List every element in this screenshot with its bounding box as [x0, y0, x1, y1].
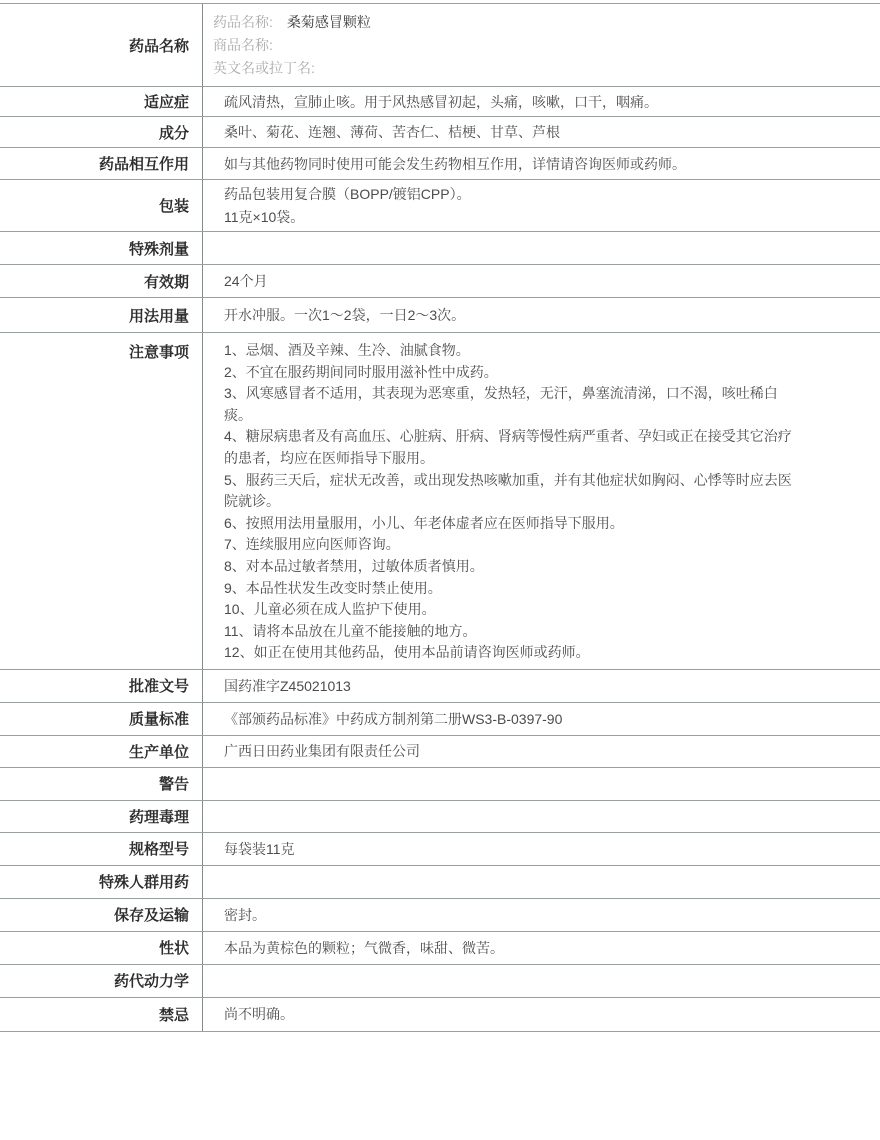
row-value-specification: 每袋装11克	[203, 833, 880, 865]
precaution-item: 2、不宜在服药期间同时服用滋补性中成药。	[224, 362, 800, 384]
row-label-dosage-administration: 用法用量	[0, 298, 203, 332]
precaution-item: 6、按照用法用量服用，小儿、年老体虚者应在医师指导下服用。	[224, 513, 800, 535]
row-label-special-dosage: 特殊剂量	[0, 232, 203, 264]
precaution-item: 10、儿童必须在成人监护下使用。	[224, 599, 800, 621]
row-label-shelf-life: 有效期	[0, 265, 203, 297]
precaution-item: 8、对本品过敏者禁用，过敏体质者慎用。	[224, 556, 800, 578]
row-label-storage-transport: 保存及运输	[0, 899, 203, 931]
row-specification: 规格型号 每袋装11克	[0, 833, 880, 866]
row-label-special-populations: 特殊人群用药	[0, 866, 203, 898]
row-value-special-dosage	[203, 232, 880, 264]
row-precautions: 注意事项 1、忌烟、酒及辛辣、生冷、油腻食物。 2、不宜在服药期间同时服用滋补性…	[0, 333, 880, 670]
trade-name-label: 商品名称:	[213, 37, 273, 53]
drug-info-page: 药品名称 药品名称:桑菊感冒颗粒 商品名称: 英文名或拉丁名: 适应症 疏风清热…	[0, 0, 880, 1140]
row-drug-name: 药品名称 药品名称:桑菊感冒颗粒 商品名称: 英文名或拉丁名:	[0, 4, 880, 87]
row-dosage-administration: 用法用量 开水冲服。一次1～2袋，一日2～3次。	[0, 298, 880, 333]
row-quality-standard: 质量标准 《部颁药品标准》中药成方制剂第二册WS3-B-0397-90	[0, 703, 880, 736]
row-warnings: 警告	[0, 768, 880, 801]
row-ingredients: 成分 桑叶、菊花、连翘、薄荷、苦杏仁、桔梗、甘草、芦根	[0, 117, 880, 148]
row-value-special-populations	[203, 866, 880, 898]
packaging-line-1: 药品包装用复合膜（BOPP/镀铝CPP）。	[224, 183, 800, 206]
precaution-item: 11、请将本品放在儿童不能接触的地方。	[224, 621, 800, 643]
row-drug-interactions: 药品相互作用 如与其他药物同时使用可能会发生药物相互作用，详情请咨询医师或药师。	[0, 148, 880, 180]
precaution-item: 9、本品性状发生改变时禁止使用。	[224, 578, 800, 600]
row-value-precautions: 1、忌烟、酒及辛辣、生冷、油腻食物。 2、不宜在服药期间同时服用滋补性中成药。 …	[203, 333, 880, 669]
precaution-item: 12、如正在使用其他药品，使用本品前请咨询医师或药师。	[224, 642, 800, 664]
row-value-packaging: 药品包装用复合膜（BOPP/镀铝CPP）。 11克×10袋。	[203, 180, 880, 231]
precaution-item: 3、风寒感冒者不适用，其表现为恶寒重，发热轻，无汗，鼻塞流清涕，口不渴，咳吐稀白…	[224, 383, 800, 426]
row-value-pharmacology-toxicology	[203, 801, 880, 832]
row-value-dosage-administration: 开水冲服。一次1～2袋，一日2～3次。	[203, 298, 880, 332]
row-label-ingredients: 成分	[0, 117, 203, 147]
row-value-ingredients: 桑叶、菊花、连翘、薄荷、苦杏仁、桔梗、甘草、芦根	[203, 117, 880, 147]
row-value-manufacturer: 广西日田药业集团有限责任公司	[203, 736, 880, 767]
drug-info-table: 药品名称 药品名称:桑菊感冒颗粒 商品名称: 英文名或拉丁名: 适应症 疏风清热…	[0, 3, 880, 1032]
row-label-packaging: 包装	[0, 180, 203, 231]
row-value-drug-interactions: 如与其他药物同时使用可能会发生药物相互作用，详情请咨询医师或药师。	[203, 148, 880, 179]
row-label-warnings: 警告	[0, 768, 203, 800]
row-special-populations: 特殊人群用药	[0, 866, 880, 899]
row-value-contraindications: 尚不明确。	[203, 998, 880, 1031]
row-manufacturer: 生产单位 广西日田药业集团有限责任公司	[0, 736, 880, 768]
row-label-specification: 规格型号	[0, 833, 203, 865]
row-label-contraindications: 禁忌	[0, 998, 203, 1031]
row-pharmacokinetics: 药代动力学	[0, 965, 880, 998]
row-label-quality-standard: 质量标准	[0, 703, 203, 735]
generic-name-value: 桑菊感冒颗粒	[287, 14, 371, 30]
row-value-indications: 疏风清热，宣肺止咳。用于风热感冒初起，头痛，咳嗽，口干，咽痛。	[203, 87, 880, 116]
row-value-approval-number: 国药准字Z45021013	[203, 670, 880, 702]
row-shelf-life: 有效期 24个月	[0, 265, 880, 298]
row-label-indications: 适应症	[0, 87, 203, 116]
row-label-description: 性状	[0, 932, 203, 964]
row-label-approval-number: 批准文号	[0, 670, 203, 702]
precaution-item: 4、糖尿病患者及有高血压、心脏病、肝病、肾病等慢性病严重者、孕妇或正在接受其它治…	[224, 426, 800, 469]
generic-name-label: 药品名称:	[213, 14, 273, 30]
row-value-drug-name: 药品名称:桑菊感冒颗粒 商品名称: 英文名或拉丁名:	[203, 4, 880, 86]
row-label-drug-interactions: 药品相互作用	[0, 148, 203, 179]
english-name-label: 英文名或拉丁名:	[213, 60, 315, 76]
row-description: 性状 本品为黄棕色的颗粒；气微香，味甜、微苦。	[0, 932, 880, 965]
row-label-manufacturer: 生产单位	[0, 736, 203, 767]
precaution-item: 1、忌烟、酒及辛辣、生冷、油腻食物。	[224, 340, 800, 362]
generic-name-line: 药品名称:桑菊感冒颗粒	[213, 11, 800, 34]
row-approval-number: 批准文号 国药准字Z45021013	[0, 670, 880, 703]
row-label-precautions: 注意事项	[0, 333, 203, 669]
row-special-dosage: 特殊剂量	[0, 232, 880, 265]
row-label-drug-name: 药品名称	[0, 4, 203, 86]
english-name-line: 英文名或拉丁名:	[213, 57, 800, 80]
row-storage-transport: 保存及运输 密封。	[0, 899, 880, 932]
row-value-shelf-life: 24个月	[203, 265, 880, 297]
row-packaging: 包装 药品包装用复合膜（BOPP/镀铝CPP）。 11克×10袋。	[0, 180, 880, 232]
row-label-pharmacology-toxicology: 药理毒理	[0, 801, 203, 832]
row-value-quality-standard: 《部颁药品标准》中药成方制剂第二册WS3-B-0397-90	[203, 703, 880, 735]
precaution-item: 7、连续服用应向医师咨询。	[224, 534, 800, 556]
row-pharmacology-toxicology: 药理毒理	[0, 801, 880, 833]
precaution-item: 5、服药三天后，症状无改善，或出现发热咳嗽加重，并有其他症状如胸闷、心悸等时应去…	[224, 470, 800, 513]
row-value-storage-transport: 密封。	[203, 899, 880, 931]
row-value-warnings	[203, 768, 880, 800]
trade-name-line: 商品名称:	[213, 34, 800, 57]
packaging-line-2: 11克×10袋。	[224, 206, 800, 229]
row-contraindications: 禁忌 尚不明确。	[0, 998, 880, 1032]
row-label-pharmacokinetics: 药代动力学	[0, 965, 203, 997]
row-indications: 适应症 疏风清热，宣肺止咳。用于风热感冒初起，头痛，咳嗽，口干，咽痛。	[0, 87, 880, 117]
row-value-description: 本品为黄棕色的颗粒；气微香，味甜、微苦。	[203, 932, 880, 964]
row-value-pharmacokinetics	[203, 965, 880, 997]
